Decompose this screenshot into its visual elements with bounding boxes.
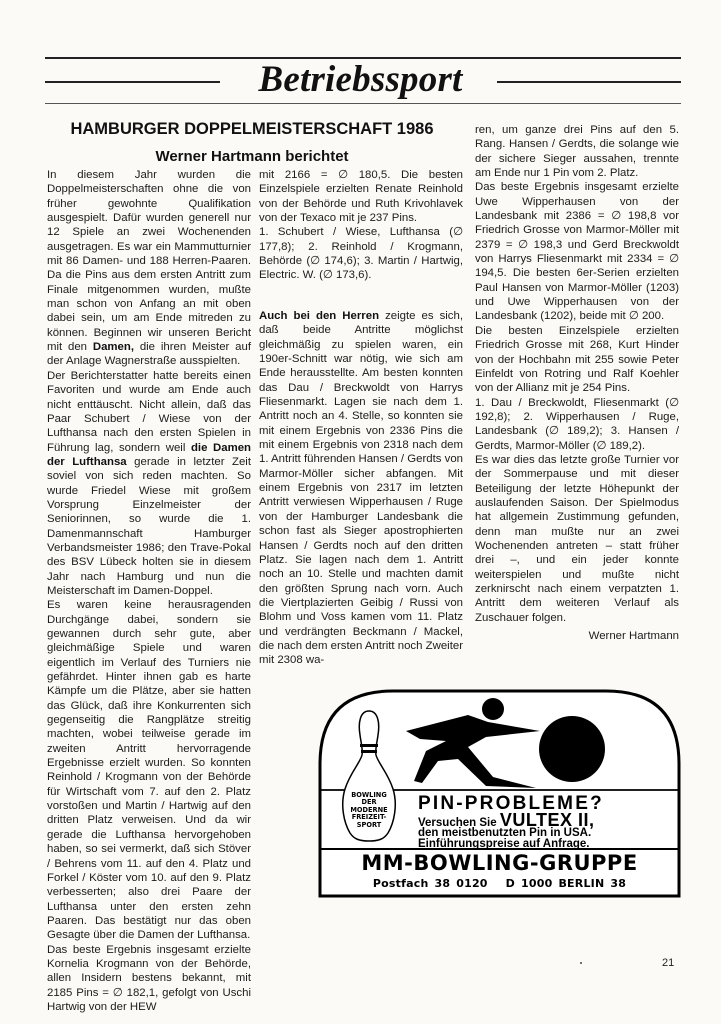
ad-line-3: Einführungspreise auf Anfrage. (418, 838, 589, 851)
ranking-paragraph: 1. Schubert / Wiese, Lufthansa (∅ 177,8)… (259, 225, 463, 282)
article-column-2-bottom: Auch bei den Herren zeigte es sich, daß … (259, 309, 463, 668)
paragraph: Der Berichterstatter hatte bereits einen… (47, 369, 251, 599)
article-headline: HAMBURGER DOPPELMEISTERSCHAFT 1986 (47, 120, 457, 139)
pin-label: BOWLING DER MODERNE FREIZEIT- SPORT (340, 792, 398, 829)
ad-company-name: MM-BOWLING-GRUPPE (318, 851, 681, 875)
paragraph: Es war dies das letzte große Turnier vor… (475, 453, 679, 625)
article-column-2-top: mit 2166 = ∅ 180,5. Die besten Einzelspi… (259, 168, 463, 283)
bold-text: Damen, (93, 341, 134, 353)
section-title: Betriebssport (258, 57, 462, 103)
article-column-1: In diesem Jahr wurden die Doppelmeisters… (47, 168, 251, 1014)
author-signature: Werner Hartmann (475, 629, 679, 643)
page-number: 21 (662, 957, 674, 969)
ad-address: Postfach 38 0120D 1000 BERLIN 38 (318, 877, 681, 890)
paragraph: Das beste Ergebnis insgesamt erzielte Uw… (475, 180, 679, 323)
bowling-ball-icon (539, 716, 605, 782)
article-column-3: ren, um ganze drei Pins auf den 5. Rang.… (475, 123, 679, 643)
ranking-paragraph: 1. Dau / Breckwoldt, Fliesenmarkt (∅ 192… (475, 396, 679, 453)
paragraph: In diesem Jahr wurden die Doppelmeisters… (47, 168, 251, 369)
print-speck (580, 962, 582, 964)
article-byline: Werner Hartmann berichtet (47, 148, 457, 165)
pin-label-line: SPORT (340, 822, 398, 829)
paragraph: Auch bei den Herren zeigte es sich, daß … (259, 309, 463, 668)
ad-postfach: Postfach 38 0120 (373, 877, 488, 890)
ad-city: D 1000 BERLIN 38 (506, 877, 626, 890)
paragraph: Die besten Einzelspiele erzielten Friedr… (475, 324, 679, 396)
paragraph: Es waren keine herausragenden Durchgänge… (47, 598, 251, 942)
bold-text: Auch bei den Herren (259, 310, 379, 322)
advertisement: BOWLING DER MODERNE FREIZEIT- SPORT PIN-… (318, 689, 681, 898)
text-run: zeigte es sich, daß beide Antritte mögli… (259, 310, 463, 666)
text-run: gerade in letzter Zeit soviel von sich r… (47, 456, 251, 597)
masthead: Betriebssport (0, 57, 721, 103)
masthead-bottom-rule (45, 103, 681, 104)
paragraph: mit 2166 = ∅ 180,5. Die besten Einzelspi… (259, 168, 463, 225)
paragraph: ren, um ganze drei Pins auf den 5. Rang.… (475, 123, 679, 180)
text-run: In diesem Jahr wurden die Doppelmeisters… (47, 169, 251, 353)
paragraph: Das beste Ergebnis insgesamt erzielte Ko… (47, 943, 251, 1015)
